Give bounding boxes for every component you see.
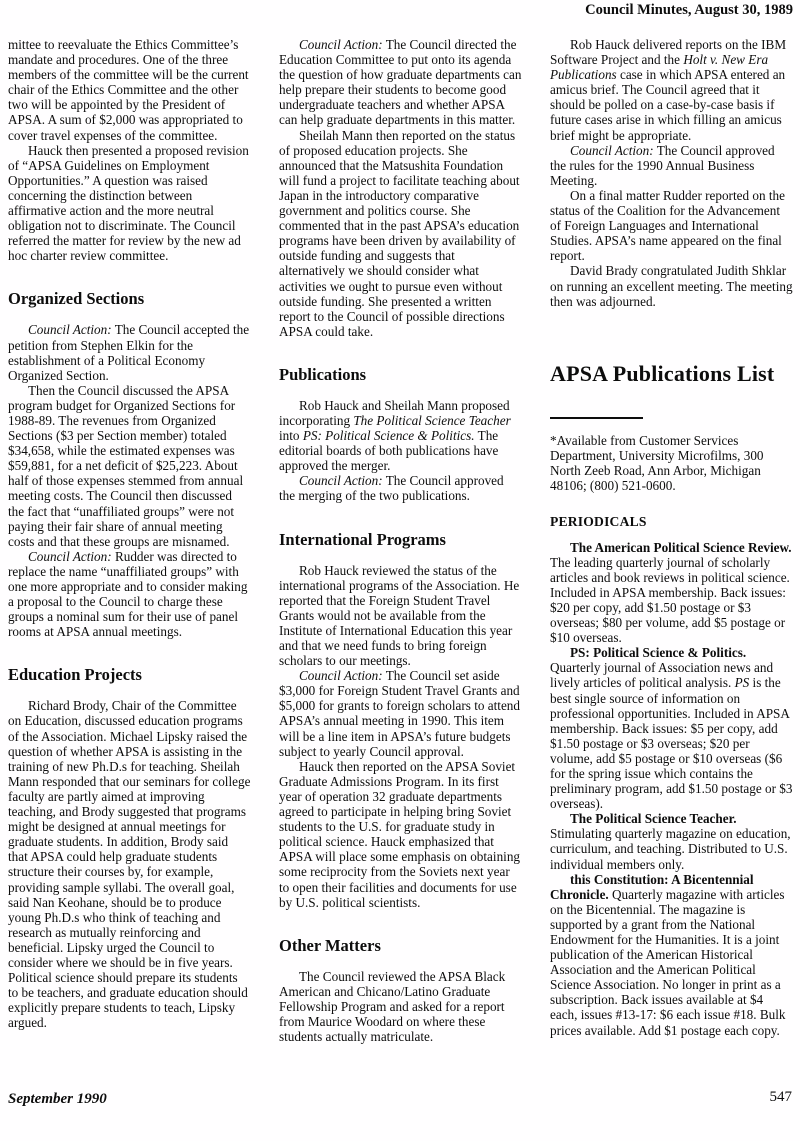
page-number: 547	[770, 1089, 793, 1106]
council-action-label: Council Action:	[299, 473, 383, 488]
text-run: The leading quarterly journal of scholar…	[550, 555, 790, 645]
text-run: Hauck then presented a proposed revision…	[8, 143, 249, 264]
council-action-label: Council Action:	[570, 143, 654, 158]
text-run: The Council reviewed the APSA Black Amer…	[279, 969, 505, 1044]
paragraph: Council Action: Rudder was directed to r…	[8, 549, 251, 640]
text-run: On a final matter Rudder reported on the…	[550, 188, 785, 263]
section-heading: Education Projects	[8, 666, 251, 684]
paragraph: PS: Political Science & Politics. Quarte…	[550, 645, 793, 811]
council-action-label: Council Action:	[28, 549, 112, 564]
paragraph: Rob Hauck reviewed the status of the int…	[279, 563, 522, 669]
text-run: is the best single source of information…	[550, 675, 792, 811]
paragraph: David Brady congratulated Judith Shklar …	[550, 263, 793, 308]
paragraph: this Constitution: A Bicentennial Chroni…	[550, 872, 793, 1038]
paragraph: Hauck then reported on the APSA Soviet G…	[279, 759, 522, 910]
paragraph: Richard Brody, Chair of the Committee on…	[8, 698, 251, 1030]
running-header: Council Minutes, August 30, 1989	[585, 2, 793, 19]
journal-title: PS: Political Science & Politics.	[303, 428, 475, 443]
paragraph: The American Political Science Review. T…	[550, 540, 793, 646]
section-heading: Other Matters	[279, 937, 522, 955]
council-action-label: Council Action:	[28, 322, 112, 337]
paragraph: Rob Hauck and Sheilah Mann proposed inco…	[279, 398, 522, 473]
text-run: *Available from Customer Services Depart…	[550, 433, 764, 493]
text-run: Richard Brody, Chair of the Committee on…	[8, 698, 250, 1030]
journal-title: The Political Science Teacher	[353, 413, 510, 428]
text-run: Quarterly magazine with articles on the …	[550, 887, 786, 1038]
article-title: APSA Publications List	[550, 361, 793, 386]
text-run: into	[279, 428, 303, 443]
paragraph: The Council reviewed the APSA Black Amer…	[279, 969, 522, 1044]
publication-title: The American Political Science Review.	[570, 540, 792, 555]
text-run: David Brady congratulated Judith Shklar …	[550, 263, 793, 308]
council-action-label: Council Action:	[299, 668, 383, 683]
paragraph: *Available from Customer Services Depart…	[550, 433, 793, 493]
column-1: mittee to reevaluate the Ethics Committe…	[8, 37, 251, 1044]
text-run: mittee to reevaluate the Ethics Committe…	[8, 37, 249, 143]
text-run: Stimulating quarterly magazine on educat…	[550, 826, 791, 871]
paragraph: Hauck then presented a proposed revision…	[8, 143, 251, 264]
paragraph: The Political Science Teacher. Stimulati…	[550, 811, 793, 871]
paragraph: Council Action: The Council accepted the…	[8, 322, 251, 382]
text-run: Sheilah Mann then reported on the status…	[279, 128, 520, 339]
subsection-heading: PERIODICALS	[550, 514, 793, 530]
text-run: Hauck then reported on the APSA Soviet G…	[279, 759, 520, 910]
publication-title: The Political Science Teacher.	[570, 811, 737, 826]
paragraph: Rob Hauck delivered reports on the IBM S…	[550, 37, 793, 143]
paragraph: Sheilah Mann then reported on the status…	[279, 128, 522, 339]
column-2: Council Action: The Council directed the…	[279, 37, 522, 1044]
paragraph: mittee to reevaluate the Ethics Committe…	[8, 37, 251, 143]
paragraph: Council Action: The Council set aside $3…	[279, 668, 522, 759]
paragraph: Then the Council discussed the APSA prog…	[8, 383, 251, 549]
text-run: Rob Hauck reviewed the status of the int…	[279, 563, 519, 669]
paragraph: Council Action: The Council directed the…	[279, 37, 522, 128]
document-page: Council Minutes, August 30, 1989 mittee …	[0, 0, 800, 1141]
publication-title: PS: Political Science & Politics.	[570, 645, 746, 660]
footer-journal-date: September 1990	[8, 1091, 107, 1108]
section-heading: Publications	[279, 366, 522, 384]
journal-title: PS	[735, 675, 750, 690]
text-run: Then the Council discussed the APSA prog…	[8, 383, 243, 549]
section-heading: Organized Sections	[8, 290, 251, 308]
text-columns: mittee to reevaluate the Ethics Committe…	[8, 37, 793, 1044]
paragraph: Council Action: The Council approved the…	[279, 473, 522, 503]
column-3: Rob Hauck delivered reports on the IBM S…	[550, 37, 793, 1044]
paragraph: On a final matter Rudder reported on the…	[550, 188, 793, 263]
section-heading: International Programs	[279, 531, 522, 549]
council-action-label: Council Action:	[299, 37, 383, 52]
paragraph: Council Action: The Council approved the…	[550, 143, 793, 188]
footnote-rule	[550, 417, 643, 420]
